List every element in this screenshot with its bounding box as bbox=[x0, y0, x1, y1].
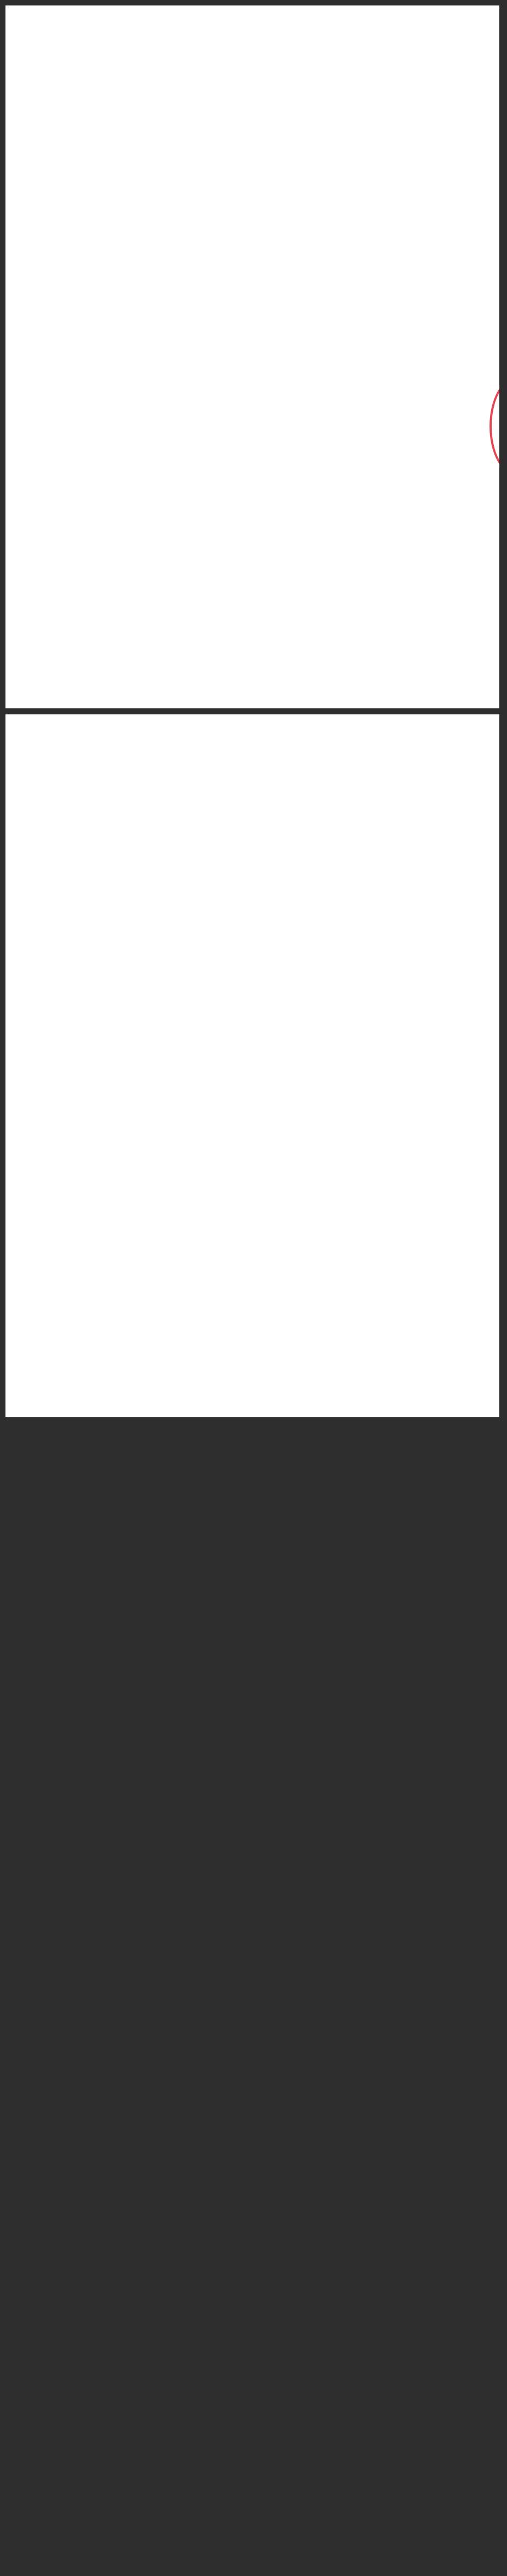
document-page-2 bbox=[5, 714, 499, 1417]
page-1-lower bbox=[5, 5, 499, 708]
